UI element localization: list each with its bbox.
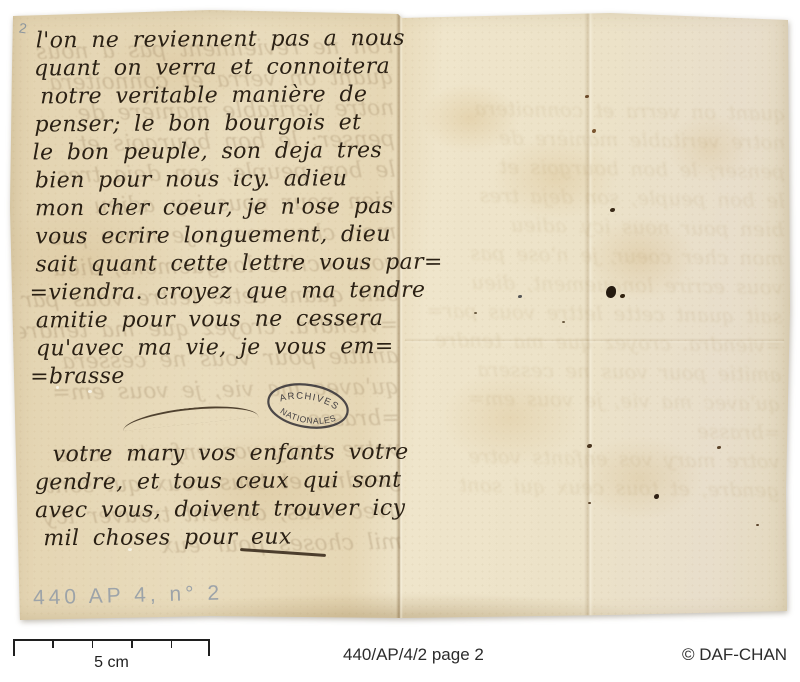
scale-bar-line [13, 639, 210, 641]
scan-background: l'on ne reviennent pas a nousquant on ve… [0, 0, 800, 682]
manuscript-line: votre mary vos enfants votre [53, 439, 409, 469]
ink-spot [717, 446, 721, 449]
manuscript-text-block: l'on ne reviennent pas a nous quant on v… [34, 25, 444, 392]
manuscript-line: gendre, et tous ceux qui sont [35, 467, 409, 498]
copyright-credit: © DAF-CHAN [682, 645, 787, 665]
ink-spot [654, 494, 659, 499]
fold-crease-right [584, 8, 593, 620]
manuscript-line: vous ecrire longuement, dieu [35, 221, 443, 252]
letter-paper: l'on ne reviennent pas a nousquant on ve… [10, 8, 790, 620]
ink-spot [587, 444, 592, 448]
manuscript-line: quant on verra et connoitera [34, 53, 442, 84]
ink-spot [606, 286, 616, 298]
ink-spot [620, 294, 625, 298]
scale-label: 5 cm [13, 654, 210, 672]
manuscript-line: =brasse [30, 361, 444, 392]
archival-reference-pencil: 440 AP 4, n° 2 [33, 582, 224, 611]
ink-spot [610, 208, 615, 212]
fold-crease-horizontal [405, 338, 784, 343]
manuscript-line: penser; le bon bourgois et [34, 109, 442, 140]
manuscript-line: mon cher coeur, je n'ose pas [35, 193, 443, 224]
manuscript-line: bien pour nous icy. adieu [35, 165, 443, 196]
pencil-page-number: 2 [18, 20, 28, 37]
ink-spot [592, 129, 596, 133]
scale-tick [92, 639, 94, 648]
flourish-stroke [122, 401, 259, 431]
caption: 440/AP/4/2 page 2 [343, 645, 484, 665]
paper-sheet: l'on ne reviennent pas a nousquant on ve… [10, 8, 790, 620]
scale-tick [131, 639, 133, 648]
manuscript-line: =viendra. croyez que ma tendre [29, 277, 443, 308]
scale-tick [171, 639, 173, 648]
scale-bar: 5 cm [13, 639, 210, 673]
paper-fleck [56, 386, 59, 389]
ink-spot [562, 321, 565, 323]
manuscript-line: avec vous, doivent trouver icy [35, 495, 409, 526]
ink-spot [585, 95, 589, 98]
manuscript-line: notre veritable manière de [40, 81, 442, 112]
manuscript-line: sait quant cette lettre vous par= [35, 249, 443, 280]
manuscript-closing-block: votre mary vos enfants votre gendre, et … [35, 439, 410, 554]
ink-spot [588, 502, 591, 504]
ink-spot [756, 524, 759, 526]
manuscript-line: l'on ne reviennent pas a nous [36, 25, 442, 56]
scale-tick [52, 639, 54, 648]
paper-fleck [88, 390, 92, 393]
manuscript-line: amitie pour vous ne cessera [36, 305, 444, 336]
manuscript-line: mil choses pour eux [43, 523, 409, 554]
manuscript-line: qu'avec ma vie, je vous em= [36, 333, 444, 364]
manuscript-line: le bon peuple, son deja tres [33, 137, 443, 168]
ink-spot [474, 312, 477, 314]
paper-fleck [128, 548, 132, 551]
ink-spot [518, 295, 522, 298]
